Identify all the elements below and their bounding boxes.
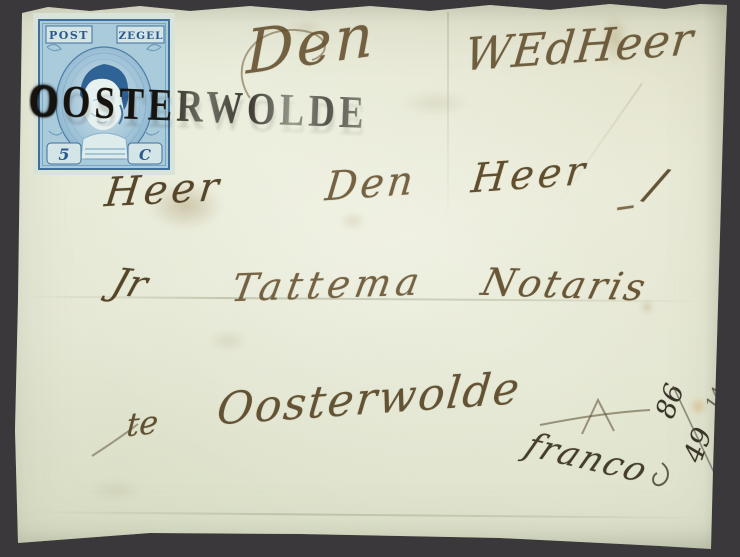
paraph-caret (582, 400, 614, 434)
paper-stain (208, 330, 248, 352)
hw-line3-word1: Jr (106, 260, 153, 306)
hw-line4-word2: Oosterwolde (215, 363, 524, 436)
postmark-remaining-letters: OSTERWOLDE (61, 76, 369, 138)
hw-line4-word1: te (125, 403, 159, 445)
code-86: 86 (650, 380, 691, 423)
hw-line1-word1: Den (246, 0, 376, 89)
stamp-value-5: 5 (58, 145, 69, 164)
paraph-line (540, 410, 650, 425)
hw-line3-word2: Tattema (228, 259, 427, 310)
hw-line3-word3: Notaris (477, 260, 653, 309)
paper-stain (90, 478, 142, 502)
hw-line2-word2: Den (323, 158, 418, 211)
envelope-cover: POST ZEGEL 5 C OOSTERWOLDE Den WEdHeer H… (0, 0, 740, 557)
fold-crease (447, 12, 449, 227)
king-bust (81, 133, 128, 159)
stamp-currency-c: C (139, 146, 151, 164)
paper-stain (340, 212, 366, 230)
fold-crease (24, 511, 704, 519)
paper-stain (400, 90, 470, 116)
franco-annotation: franco (519, 426, 656, 491)
hw-line2-slash: / (642, 156, 670, 212)
hw-line1-word2: WEdHeer (462, 12, 696, 81)
hw-line2-word1: Heer (102, 164, 225, 217)
hw-line2-dash: – (612, 181, 638, 229)
franco-tail-flourish (653, 463, 668, 485)
stamp-post-label: POST (49, 29, 89, 42)
postmark-first-letter: O (28, 75, 63, 126)
photo-scene: POST ZEGEL 5 C OOSTERWOLDE Den WEdHeer H… (0, 0, 740, 557)
code-49: 49 (678, 424, 719, 467)
stamp-zegel-label: ZEGEL (118, 30, 163, 42)
hw-line2-word3: Heer (469, 148, 591, 203)
